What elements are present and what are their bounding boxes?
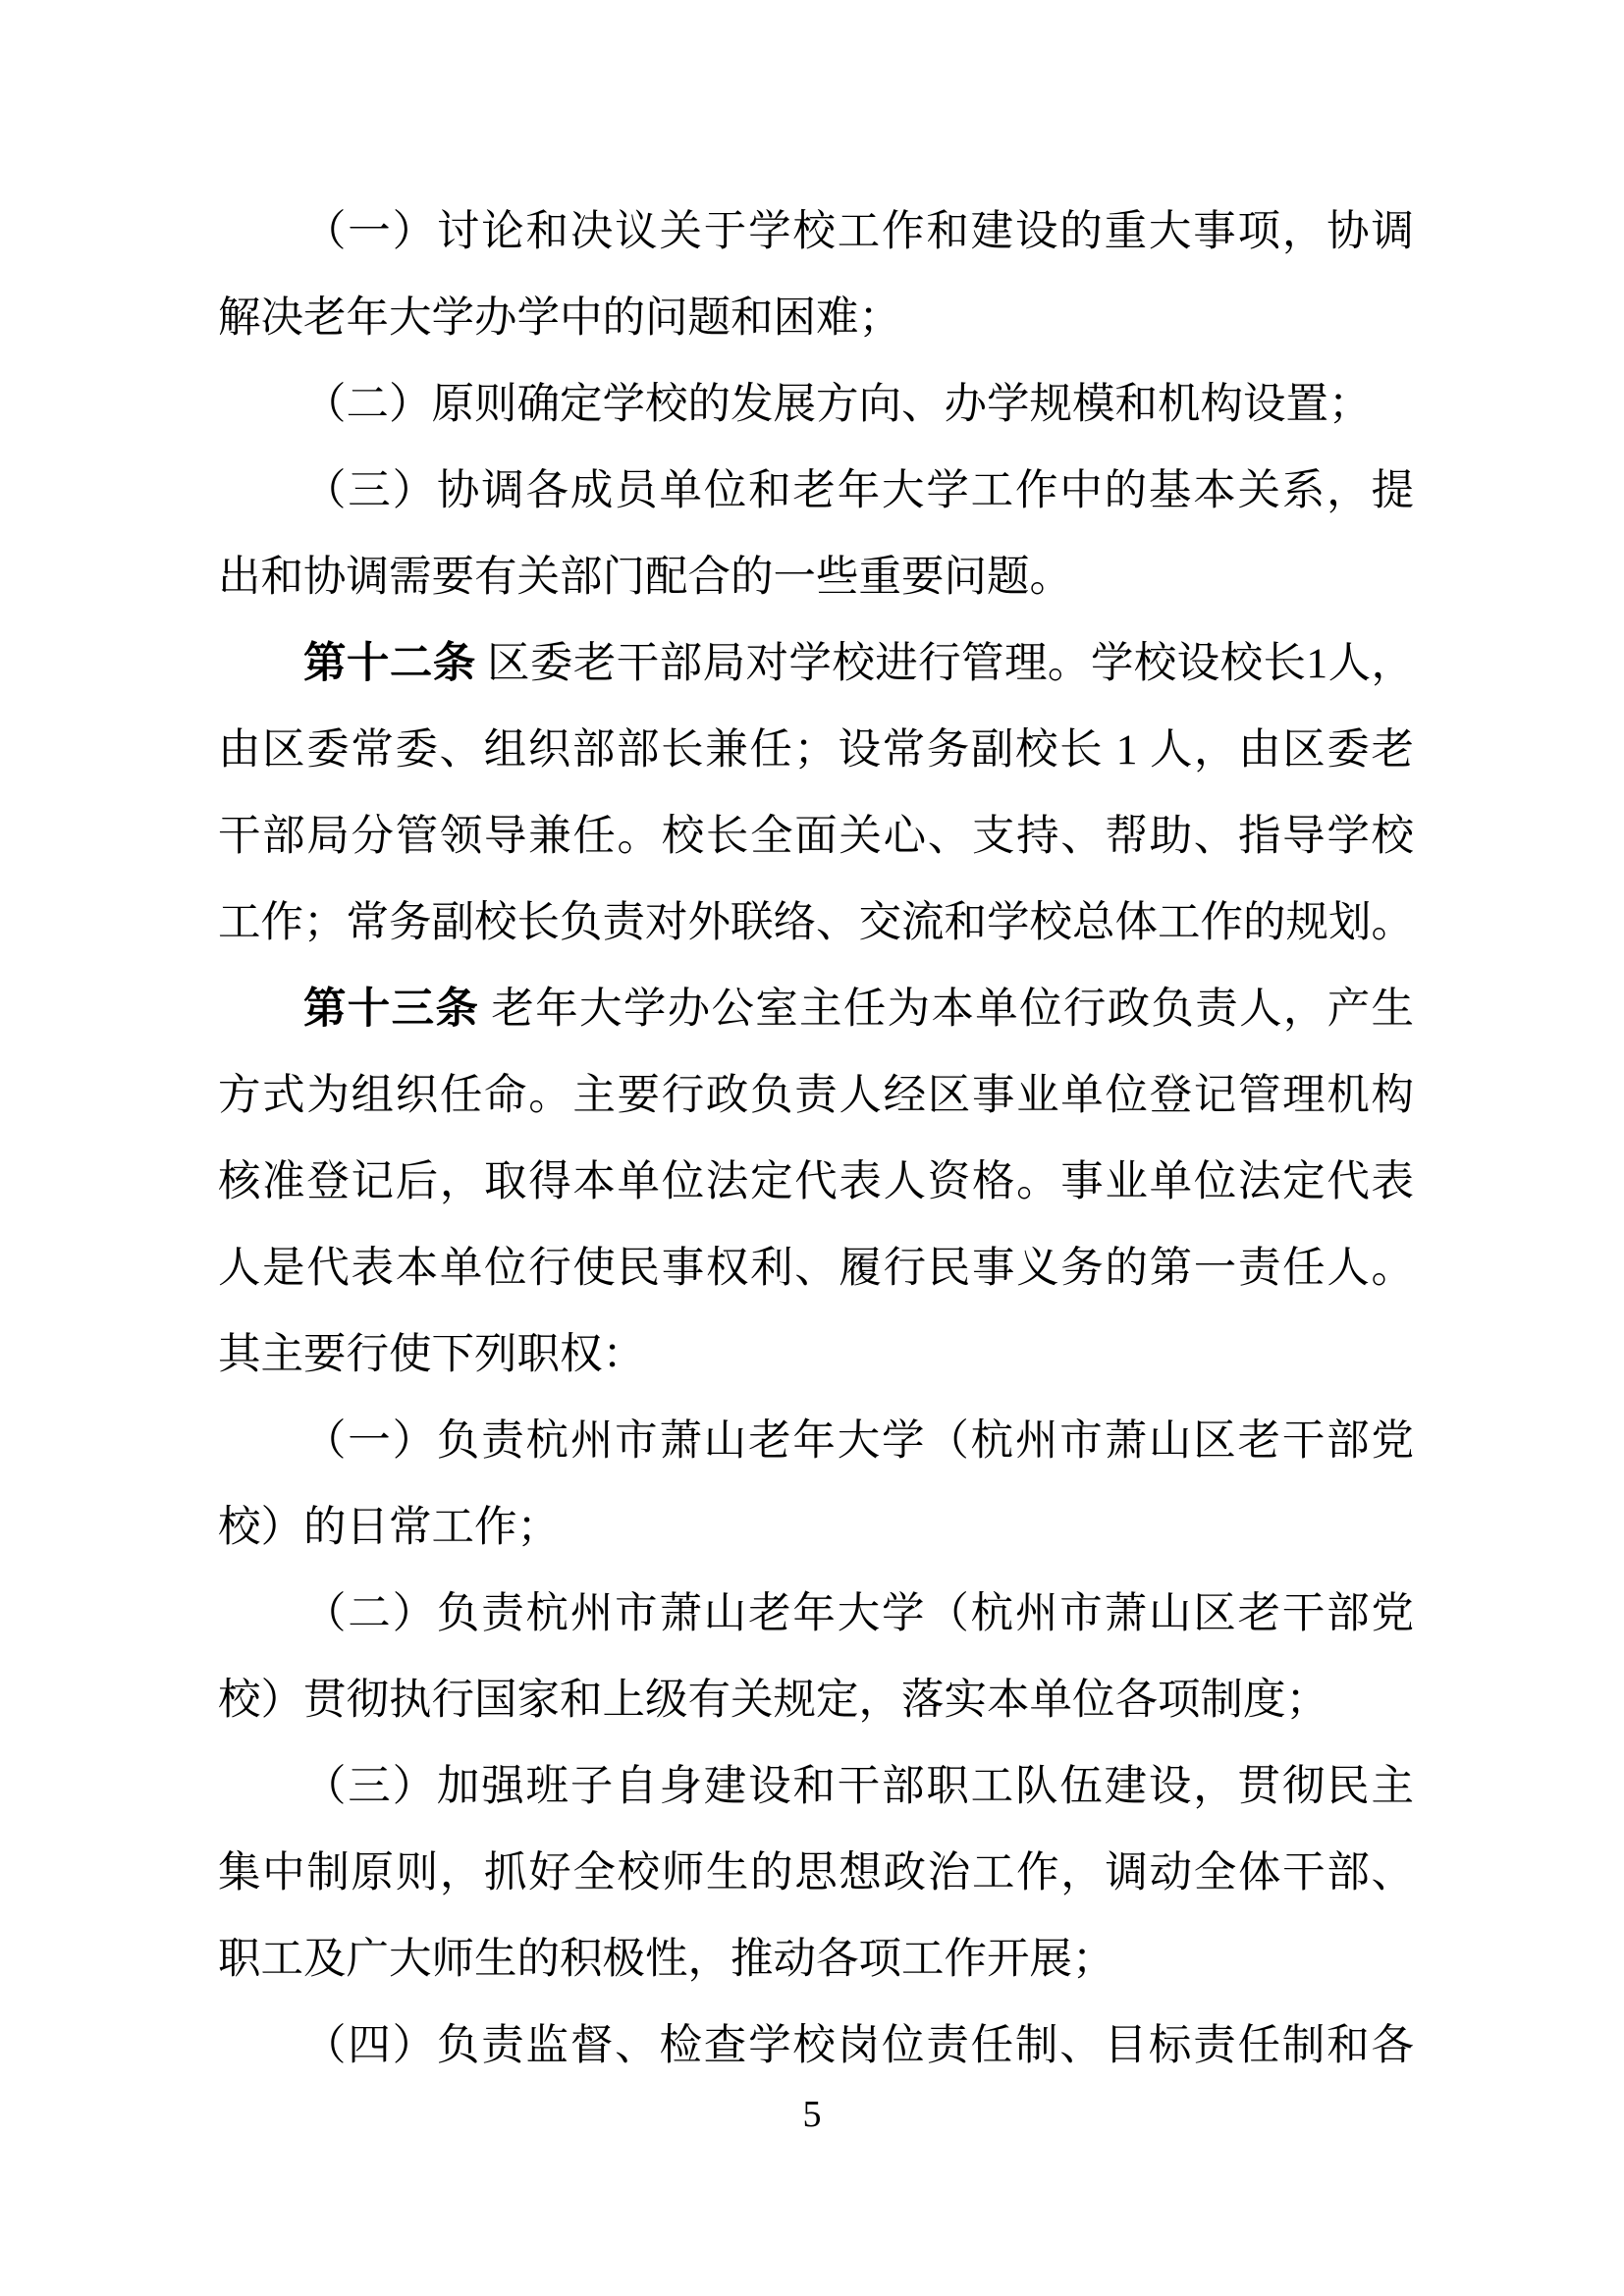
text-line: 由区委常委、组织部部长兼任；设常务副校长 1 人，由区委老	[218, 707, 1414, 793]
text-line: （三）协调各成员单位和老年大学工作中的基本关系，提	[218, 448, 1414, 534]
text-line: （三）加强班子自身建设和干部职工队伍建设，贯彻民主	[218, 1743, 1414, 1830]
document-text-block: （一）讨论和决议关于学校工作和建设的重大事项，协调解决老年大学办学中的问题和困难…	[218, 188, 1414, 2089]
text-line: （四）负责监督、检查学校岗位责任制、目标责任制和各	[218, 2002, 1414, 2089]
text-line: （二）负责杭州市萧山老年大学（杭州市萧山区老干部党	[218, 1571, 1414, 1657]
text-line: 第十二条 区委老干部局对学校进行管理。学校设校长1人，	[218, 620, 1414, 707]
document-page: （一）讨论和决议关于学校工作和建设的重大事项，协调解决老年大学办学中的问题和困难…	[0, 0, 1624, 2296]
article-number: 第十二条	[303, 640, 476, 687]
text-line: 核准登记后，取得本单位法定代表人资格。事业单位法定代表	[218, 1139, 1414, 1225]
text-line: 第十三条 老年大学办公室主任为本单位行政负责人，产生	[218, 966, 1414, 1052]
text-line: 职工及广大师生的积极性，推动各项工作开展；	[218, 1916, 1414, 2002]
text-line: 干部局分管领导兼任。校长全面关心、支持、帮助、指导学校	[218, 793, 1414, 880]
text-line: （一）讨论和决议关于学校工作和建设的重大事项，协调	[218, 188, 1414, 275]
text-line: 人是代表本单位行使民事权利、履行民事义务的第一责任人。	[218, 1225, 1414, 1311]
text-line: 出和协调需要有关部门配合的一些重要问题。	[218, 534, 1414, 620]
text-line: （二）原则确定学校的发展方向、办学规模和机构设置；	[218, 361, 1414, 448]
text-line: 校）的日常工作；	[218, 1484, 1414, 1571]
text-line: 其主要行使下列职权：	[218, 1311, 1414, 1398]
text-line: 解决老年大学办学中的问题和困难；	[218, 275, 1414, 361]
article-number: 第十三条	[303, 986, 479, 1033]
page-number: 5	[0, 2095, 1624, 2134]
text-line: 工作；常务副校长负责对外联络、交流和学校总体工作的规划。	[218, 880, 1414, 966]
text-line: （一）负责杭州市萧山老年大学（杭州市萧山区老干部党	[218, 1398, 1414, 1484]
text-line: 方式为组织任命。主要行政负责人经区事业单位登记管理机构	[218, 1052, 1414, 1139]
text-line: 集中制原则，抓好全校师生的思想政治工作，调动全体干部、	[218, 1830, 1414, 1916]
text-line: 校）贯彻执行国家和上级有关规定，落实本单位各项制度；	[218, 1657, 1414, 1743]
